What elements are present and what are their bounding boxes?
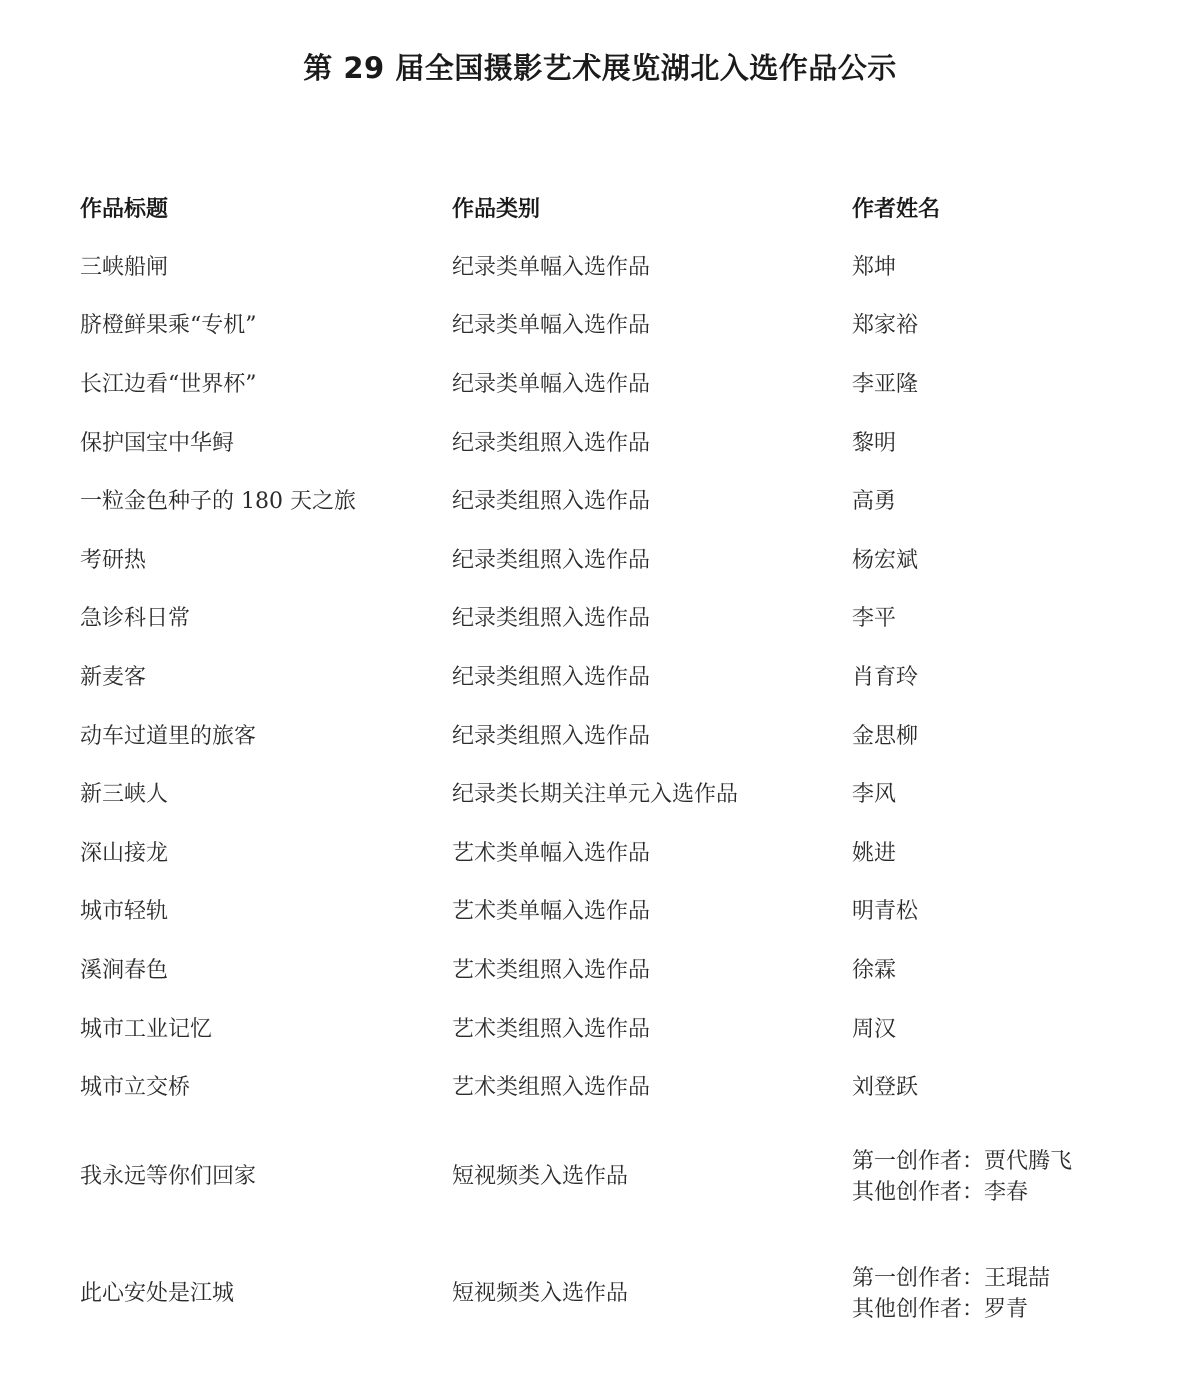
- table-row: 新三峡人 纪录类长期关注单元入选作品 李风: [0, 780, 1200, 810]
- work-category: 纪录类组照入选作品: [452, 429, 650, 459]
- table-row: 城市工业记忆 艺术类组照入选作品 周汉: [0, 1015, 1200, 1045]
- work-category: 纪录类单幅入选作品: [452, 311, 650, 341]
- work-category: 艺术类单幅入选作品: [452, 839, 650, 869]
- work-title: 新三峡人: [80, 780, 168, 810]
- work-author: 周汉: [852, 1015, 896, 1045]
- work-title: 溪涧春色: [80, 956, 168, 986]
- work-author: 李平: [852, 604, 896, 634]
- other-creators: 其他创作者：罗青: [852, 1294, 1050, 1325]
- table-row: 此心安处是江城 短视频类入选作品 第一创作者：王琨喆 其他创作者：罗青: [0, 1279, 1200, 1309]
- table-row: 保护国宝中华鲟 纪录类组照入选作品 黎明: [0, 429, 1200, 459]
- work-author: 肖育玲: [852, 663, 918, 693]
- first-creator: 第一创作者：王琨喆: [852, 1263, 1050, 1294]
- work-title: 保护国宝中华鲟: [80, 429, 234, 459]
- work-category: 纪录类组照入选作品: [452, 663, 650, 693]
- first-creator: 第一创作者：贾代腾飞: [852, 1146, 1072, 1177]
- work-title: 急诊科日常: [80, 604, 190, 634]
- work-authors: 第一创作者：贾代腾飞 其他创作者：李春: [852, 1146, 1072, 1208]
- work-category: 艺术类组照入选作品: [452, 956, 650, 986]
- table-row: 一粒金色种子的 180 天之旅 纪录类组照入选作品 高勇: [0, 487, 1200, 517]
- work-title: 新麦客: [80, 663, 146, 693]
- work-category: 纪录类组照入选作品: [452, 722, 650, 752]
- table-row: 三峡船闸 纪录类单幅入选作品 郑坤: [0, 253, 1200, 283]
- work-author: 刘登跃: [852, 1073, 918, 1103]
- header-author: 作者姓名: [852, 194, 940, 224]
- table-row: 脐橙鲜果乘“专机” 纪录类单幅入选作品 郑家裕: [0, 311, 1200, 341]
- header-category: 作品类别: [452, 194, 540, 224]
- work-category: 纪录类长期关注单元入选作品: [452, 780, 738, 810]
- work-author: 郑坤: [852, 253, 896, 283]
- work-author: 黎明: [852, 429, 896, 459]
- work-title: 我永远等你们回家: [80, 1162, 256, 1192]
- work-category: 纪录类单幅入选作品: [452, 370, 650, 400]
- work-author: 金思柳: [852, 722, 918, 752]
- work-title: 城市工业记忆: [80, 1015, 212, 1045]
- table-header-row: 作品标题 作品类别 作者姓名: [0, 194, 1200, 224]
- work-authors: 第一创作者：王琨喆 其他创作者：罗青: [852, 1263, 1050, 1325]
- work-title: 城市轻轨: [80, 897, 168, 927]
- work-category: 短视频类入选作品: [452, 1162, 628, 1192]
- work-author: 明青松: [852, 897, 918, 927]
- table-row: 新麦客 纪录类组照入选作品 肖育玲: [0, 663, 1200, 693]
- work-author: 郑家裕: [852, 311, 918, 341]
- work-author: 李风: [852, 780, 896, 810]
- header-title: 作品标题: [80, 194, 168, 224]
- table-row: 城市轻轨 艺术类单幅入选作品 明青松: [0, 897, 1200, 927]
- work-title: 考研热: [80, 546, 146, 576]
- page-title: 第 29 届全国摄影艺术展览湖北入选作品公示: [0, 46, 1200, 87]
- table-row: 深山接龙 艺术类单幅入选作品 姚进: [0, 839, 1200, 869]
- work-title: 动车过道里的旅客: [80, 722, 256, 752]
- table-row: 急诊科日常 纪录类组照入选作品 李平: [0, 604, 1200, 634]
- work-title: 一粒金色种子的 180 天之旅: [80, 487, 356, 517]
- work-author: 杨宏斌: [852, 546, 918, 576]
- work-category: 艺术类单幅入选作品: [452, 897, 650, 927]
- work-category: 纪录类组照入选作品: [452, 546, 650, 576]
- table-row: 我永远等你们回家 短视频类入选作品 第一创作者：贾代腾飞 其他创作者：李春: [0, 1162, 1200, 1192]
- work-author: 李亚隆: [852, 370, 918, 400]
- work-category: 纪录类组照入选作品: [452, 604, 650, 634]
- work-title: 脐橙鲜果乘“专机”: [80, 311, 257, 341]
- work-title: 此心安处是江城: [80, 1279, 234, 1309]
- work-title: 三峡船闸: [80, 253, 168, 283]
- work-category: 纪录类单幅入选作品: [452, 253, 650, 283]
- work-title: 城市立交桥: [80, 1073, 190, 1103]
- work-category: 短视频类入选作品: [452, 1279, 628, 1309]
- work-title: 深山接龙: [80, 839, 168, 869]
- work-category: 艺术类组照入选作品: [452, 1073, 650, 1103]
- other-creators: 其他创作者：李春: [852, 1177, 1072, 1208]
- work-author: 徐霖: [852, 956, 896, 986]
- work-category: 纪录类组照入选作品: [452, 487, 650, 517]
- work-category: 艺术类组照入选作品: [452, 1015, 650, 1045]
- work-title: 长江边看“世界杯”: [80, 370, 257, 400]
- table-row: 溪涧春色 艺术类组照入选作品 徐霖: [0, 956, 1200, 986]
- work-author: 高勇: [852, 487, 896, 517]
- table-row: 考研热 纪录类组照入选作品 杨宏斌: [0, 546, 1200, 576]
- work-author: 姚进: [852, 839, 896, 869]
- table-row: 动车过道里的旅客 纪录类组照入选作品 金思柳: [0, 722, 1200, 752]
- table-row: 长江边看“世界杯” 纪录类单幅入选作品 李亚隆: [0, 370, 1200, 400]
- table-row: 城市立交桥 艺术类组照入选作品 刘登跃: [0, 1073, 1200, 1103]
